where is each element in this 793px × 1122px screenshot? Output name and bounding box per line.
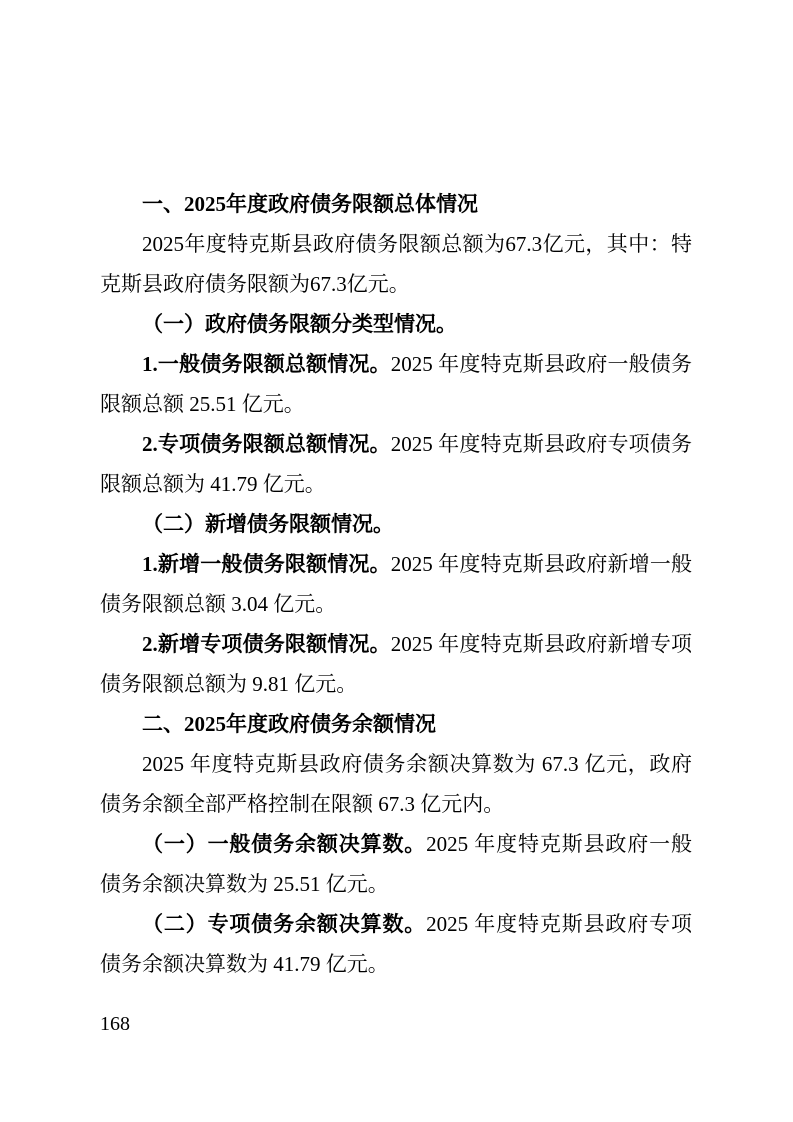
section-1-heading: 一、2025年度政府债务限额总体情况 bbox=[100, 184, 692, 224]
section-2-intro-paragraph: 2025 年度特克斯县政府债务余额决算数为 67.3 亿元，政府债务余额全部严格… bbox=[100, 744, 692, 824]
special-debt-balance-paragraph: （二）专项债务余额决算数。2025 年度特克斯县政府专项债务余额决算数为 41.… bbox=[100, 904, 692, 984]
new-general-debt-limit-lead: 1.新增一般债务限额情况。 bbox=[142, 552, 391, 576]
section-1-intro-paragraph: 2025年度特克斯县政府债务限额总额为67.3亿元，其中：特克斯县政府债务限额为… bbox=[100, 224, 692, 304]
page-number: 168 bbox=[100, 1010, 130, 1038]
new-special-debt-limit-paragraph: 2.新增专项债务限额情况。2025 年度特克斯县政府新增专项债务限额总额为 9.… bbox=[100, 624, 692, 704]
special-debt-limit-lead: 2.专项债务限额总额情况。 bbox=[142, 432, 391, 456]
special-debt-balance-lead: （二）专项债务余额决算数。 bbox=[142, 912, 426, 936]
document-content: 一、2025年度政府债务限额总体情况 2025年度特克斯县政府债务限额总额为67… bbox=[100, 184, 692, 984]
general-debt-balance-lead: （一）一般债务余额决算数。 bbox=[142, 832, 426, 856]
new-special-debt-limit-lead: 2.新增专项债务限额情况。 bbox=[142, 632, 391, 656]
section-2-heading: 二、2025年度政府债务余额情况 bbox=[100, 704, 692, 744]
general-debt-limit-lead: 1.一般债务限额总额情况。 bbox=[142, 352, 391, 376]
subsection-1-2-heading: （二）新增债务限额情况。 bbox=[100, 504, 692, 544]
new-general-debt-limit-paragraph: 1.新增一般债务限额情况。2025 年度特克斯县政府新增一般债务限额总额 3.0… bbox=[100, 544, 692, 624]
special-debt-limit-paragraph: 2.专项债务限额总额情况。2025 年度特克斯县政府专项债务限额总额为 41.7… bbox=[100, 424, 692, 504]
subsection-1-1-heading: （一）政府债务限额分类型情况。 bbox=[100, 304, 692, 344]
general-debt-balance-paragraph: （一）一般债务余额决算数。2025 年度特克斯县政府一般债务余额决算数为 25.… bbox=[100, 824, 692, 904]
document-page: 一、2025年度政府债务限额总体情况 2025年度特克斯县政府债务限额总额为67… bbox=[0, 0, 793, 1122]
general-debt-limit-paragraph: 1.一般债务限额总额情况。2025 年度特克斯县政府一般债务限额总额 25.51… bbox=[100, 344, 692, 424]
